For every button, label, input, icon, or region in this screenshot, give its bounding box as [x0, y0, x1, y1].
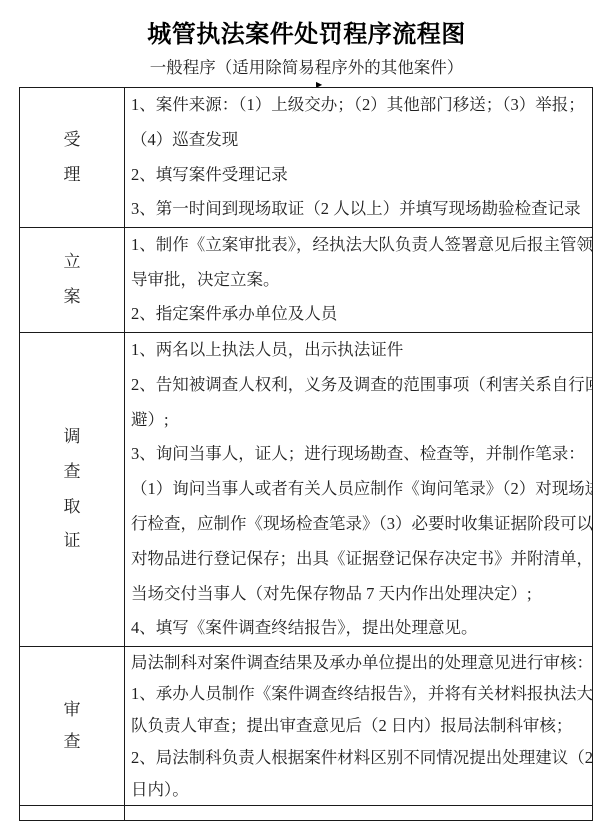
table-row: 调查取证1、两名以上执法人员，出示执法证件2、告知被调查人权利，义务及调查的范围… — [20, 332, 592, 646]
stage-content-line: 当场交付当事人（对先保存物品 7 天内作出处理决定）; — [131, 577, 588, 612]
stage-content-line: 1、制作《立案审批表》，经执法大队负责人签署意见后报主管领 — [131, 228, 588, 263]
stage-label-char: 查 — [64, 455, 81, 490]
page-title: 城管执法案件处罚程序流程图 — [0, 0, 613, 49]
stage-content-line: 1、两名以上执法人员，出示执法证件 — [131, 333, 588, 368]
stage-content-line: 导审批，决定立案。 — [131, 263, 588, 298]
stage-label-char: 理 — [64, 158, 81, 193]
table-row: 受理1、案件来源：（1）上级交办；（2）其他部门移送；（3）举报；（4）巡查发现… — [20, 88, 592, 227]
stage-label-char: 证 — [64, 524, 81, 559]
stage-content-line: 对物品进行登记保存；出具《证据登记保存决定书》并附清单， — [131, 542, 588, 577]
stage-content-line: 2、填写案件受理记录 — [131, 158, 588, 193]
stage-label-cell: 受理 — [20, 88, 125, 227]
page-subtitle: 一般程序（适用除简易程序外的其他案件） — [0, 49, 613, 77]
stage-content-line: （4）巡查发现 — [131, 123, 588, 158]
stage-content-line: 3、询问当事人，证人；进行现场勘查、检查等，并制作笔录： — [131, 437, 588, 472]
stage-content-line: 2、告知被调查人权利，义务及调查的范围事项（利害关系自行回 — [131, 368, 588, 403]
stage-content-line: 1、案件来源：（1）上级交办；（2）其他部门移送；（3）举报； — [131, 88, 588, 123]
stage-label-char: 调 — [64, 420, 81, 455]
stage-content-line: 局法制科对案件调查结果及承办单位提出的处理意见进行审核： — [131, 647, 588, 678]
stage-content-line: （1）询问当事人或者有关人员应制作《询问笔录》（2）对现场进 — [131, 472, 588, 507]
stage-content-cell: 1、两名以上执法人员，出示执法证件2、告知被调查人权利，义务及调查的范围事项（利… — [125, 333, 592, 646]
stage-content-line: 避）; — [131, 403, 588, 438]
stage-label-char: 立 — [64, 245, 81, 280]
stage-label-cell: 立案 — [20, 228, 125, 332]
stage-label-char: 取 — [64, 490, 81, 525]
stage-content-cell: 1、案件来源：（1）上级交办；（2）其他部门移送；（3）举报；（4）巡查发现2、… — [125, 88, 592, 227]
stage-content-line: 3、第一时间到现场取证（2 人以上）并填写现场勘验检查记录 — [131, 192, 588, 227]
stage-label-char: 受 — [64, 123, 81, 158]
stage-label-char: 查 — [64, 726, 81, 758]
stage-label-cell: 审查 — [20, 647, 125, 805]
procedure-table: 受理1、案件来源：（1）上级交办；（2）其他部门移送；（3）举报；（4）巡查发现… — [19, 87, 593, 821]
stage-content-line: 行检查，应制作《现场检查笔录》（3）必要时收集证据阶段可以 — [131, 507, 588, 542]
stage-content-cell: 1、制作《立案审批表》，经执法大队负责人签署意见后报主管领导审批，决定立案。2、… — [125, 228, 592, 332]
stage-content-line: 日内）。 — [131, 774, 588, 805]
stage-label-char: 案 — [64, 280, 81, 315]
stage-label-cell: 调查取证 — [20, 333, 125, 646]
document-page: 城管执法案件处罚程序流程图 一般程序（适用除简易程序外的其他案件） ▶ 受理1、… — [0, 0, 613, 821]
stage-label-char: 审 — [64, 694, 81, 726]
table-row: 立案1、制作《立案审批表》，经执法大队负责人签署意见后报主管领导审批，决定立案。… — [20, 227, 592, 332]
stage-content-line: 4、填写《案件调查终结报告》，提出处理意见。 — [131, 611, 588, 646]
stage-label-cell — [20, 806, 125, 820]
stage-content-cell: 局法制科对案件调查结果及承办单位提出的处理意见进行审核：1、承办人员制作《案件调… — [125, 647, 592, 805]
stage-content-line: 2、局法制科负责人根据案件材料区别不同情况提出处理建议（2 — [131, 742, 588, 774]
table-row: 审查局法制科对案件调查结果及承办单位提出的处理意见进行审核：1、承办人员制作《案… — [20, 646, 592, 805]
stage-content-line: 1、承办人员制作《案件调查终结报告》，并将有关材料报执法大 — [131, 678, 588, 710]
table-row — [20, 805, 592, 820]
stage-content-line: 队负责人审查；提出审查意见后（2 日内）报局法制科审核； — [131, 710, 588, 742]
stage-content-cell — [125, 806, 592, 820]
stage-content-line: 2、指定案件承办单位及人员 — [131, 297, 588, 332]
